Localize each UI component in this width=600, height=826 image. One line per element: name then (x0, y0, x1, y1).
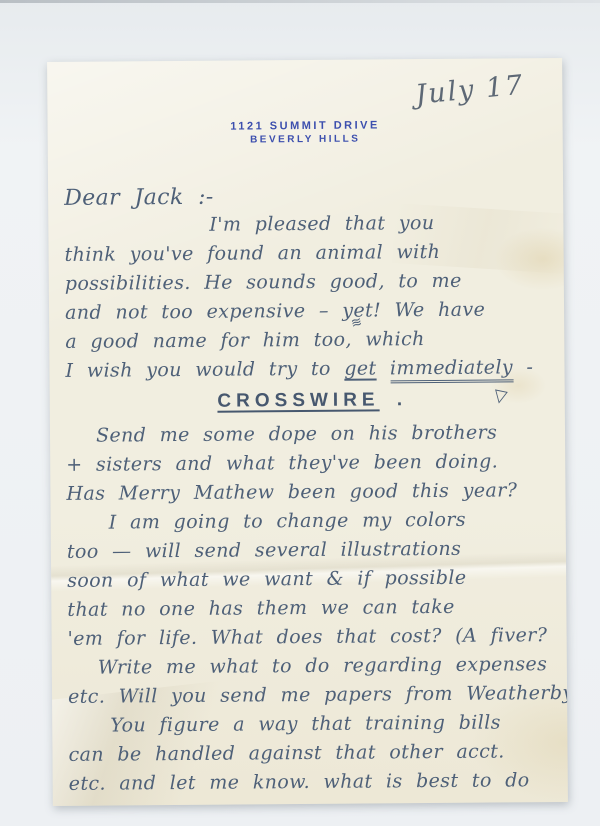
letter-line: can be handled against that other acct. (68, 740, 561, 773)
letter-line: Write me what to do regarding expenses (68, 653, 561, 686)
letter-line: possibilities. He sounds good, to me (65, 269, 558, 302)
handwritten-text: Dear Jack :- (64, 185, 214, 211)
handwritten-text: 'em for life. What does that cost? (A fi… (68, 624, 548, 650)
letterhead-address-line2: BEVERLY HILLS (48, 132, 563, 147)
letter-line: I wish you would try to get immediately … (65, 356, 558, 389)
handwritten-text: too — will send several illustrations (67, 538, 461, 563)
underlined-text: CROSSWIRE (217, 389, 379, 411)
letter-line: 'em for life. What does that cost? (A fi… (68, 624, 561, 657)
handwritten-text: Write me what to do regarding expenses (98, 653, 548, 679)
letter-line: etc. Will you send me papers from Weathe… (68, 682, 561, 715)
letter-line: + sisters and what they've been doing. (66, 450, 559, 483)
handwritten-text: soon of what we want & if possible (67, 567, 467, 592)
underlined-text: get (344, 357, 376, 379)
handwritten-text: that no one has them we can take (67, 596, 455, 621)
handwritten-text: I wish you would try to (65, 358, 344, 382)
handwritten-text: + sisters and what they've been doing. (66, 451, 498, 476)
letter-line: think you've found an animal with (65, 240, 558, 273)
letter-line: and not too expensive – yet! We have (65, 298, 558, 331)
scan-background: { "scan": { "background_color": "#edf0f3… (0, 0, 600, 826)
letter-line: a good name for him too, which (65, 327, 558, 360)
letter-line: too — will send several illustrations (67, 537, 560, 570)
handwritten-text: and not too expensive – yet! We have (65, 299, 485, 324)
handwritten-text: a good name for him too, which (65, 328, 425, 353)
handwritten-text: can be handled against that other acct. (68, 740, 504, 765)
handwritten-text: Has Merry Mathew been good this year? (66, 479, 517, 505)
letter-line: CROSSWIRE . (66, 385, 559, 425)
handwritten-text: You figure a way that training bills (110, 711, 501, 736)
letter-line: Dear Jack :- (64, 182, 557, 215)
handwritten-text: . (379, 389, 407, 410)
scanner-edge (0, 0, 600, 3)
handwritten-text: think you've found an animal with (65, 241, 441, 266)
handwritten-text: I am going to change my colors (109, 509, 466, 534)
letter-line: You figure a way that training bills (68, 711, 561, 744)
letter-line: soon of what we want & if possible (67, 566, 560, 599)
letterhead: 1121 SUMMIT DRIVE BEVERLY HILLS (48, 118, 563, 147)
handwritten-text: possibilities. He sounds good, to me (65, 270, 462, 295)
letter-body: Dear Jack :-I'm pleased that youthink yo… (64, 182, 562, 802)
handwritten-text: - (513, 356, 533, 378)
letter-line: I am going to change my colors (67, 508, 560, 541)
handwritten-text: Send me some dope on his brothers (96, 422, 497, 447)
handwritten-text: I'm pleased that you (209, 212, 434, 236)
letter-line: Send me some dope on his brothers (66, 421, 559, 454)
letter-line: I'm pleased that you (64, 211, 557, 244)
letter-line: Has Merry Mathew been good this year? (66, 479, 559, 512)
handwritten-text: etc. and let me know. what is best to do (69, 769, 530, 795)
underlined-text: immediately (390, 356, 513, 383)
letter-paper: 1121 SUMMIT DRIVE BEVERLY HILLS July 17 … (47, 58, 568, 806)
handwritten-date: July 17 (414, 70, 525, 111)
handwritten-text: etc. Will you send me papers from Weathe… (68, 682, 568, 708)
letter-line: etc. and let me know. what is best to do (69, 769, 562, 802)
handwritten-text (376, 357, 390, 379)
letter-line: that no one has them we can take (67, 595, 560, 628)
